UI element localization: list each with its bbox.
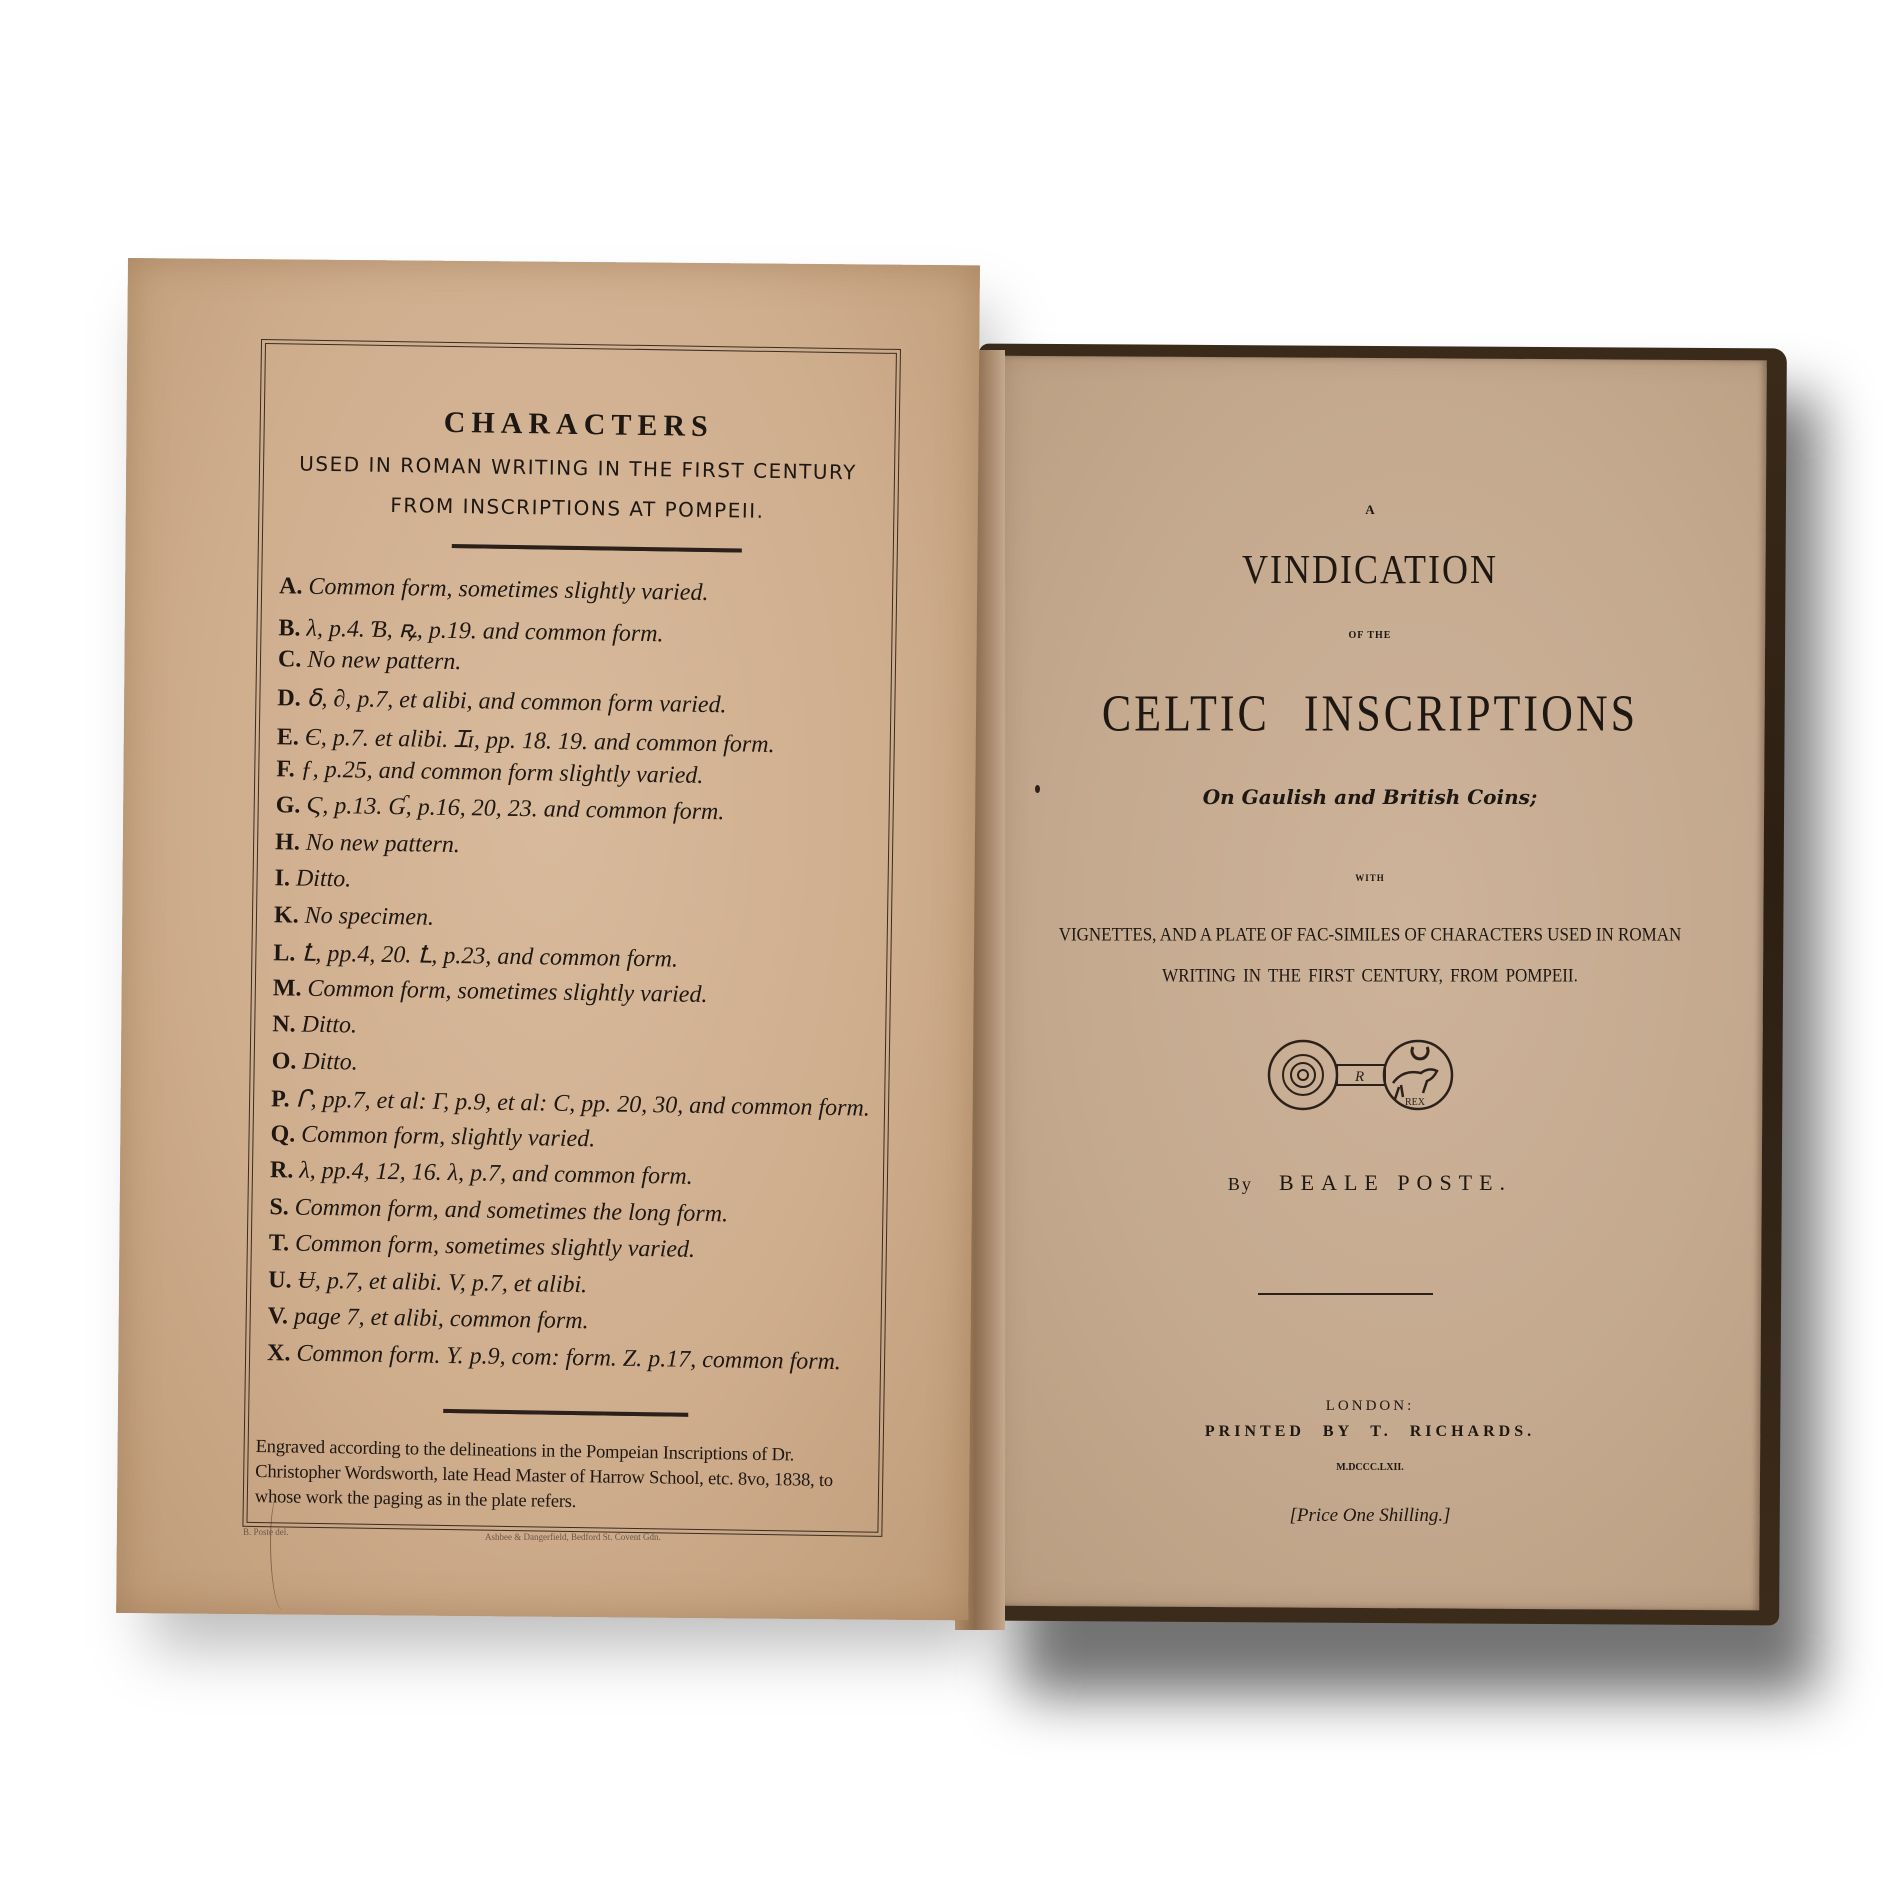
engraver-credit: B. Poste del. <box>243 1527 289 1537</box>
svg-text:REX: REX <box>1405 1097 1426 1108</box>
imprint-date: M.DCCC.LXII. <box>985 1462 1755 1473</box>
title-main: VINDICATION <box>985 545 1755 593</box>
subtitle-with: WITH <box>985 873 1755 883</box>
svg-text:R: R <box>1354 1069 1364 1085</box>
character-list: A.Common form, sometimes slightly varied… <box>267 573 880 1385</box>
subtitle-coins: On Gaulish and British Coins; <box>985 785 1755 809</box>
coin-vignette-icon: R REX <box>1263 1035 1463 1115</box>
author-name: BEALE POSTE. <box>1279 1170 1512 1195</box>
imprint-printer: PRINTED BY T. RICHARDS. <box>985 1423 1755 1441</box>
price-note: [Price One Shilling.] <box>985 1505 1755 1527</box>
title-sub: CELTIC INSCRIPTIONS <box>985 683 1755 743</box>
characters-plate: CHARACTERS USED IN ROMAN WRITING IN THE … <box>246 343 894 1531</box>
engraving-footnote: Engraved according to the delineations i… <box>255 1435 876 1520</box>
plate-title-rule <box>452 544 742 553</box>
plate-subtitle-2: FROM INSCRIPTIONS AT POMPEII. <box>262 491 892 525</box>
description-line-1: VIGNETTES, AND A PLATE OF FAC-SIMILES OF… <box>985 924 1755 946</box>
printer-credit: Ashbee & Dangerfield, Bedford St. Covent… <box>485 1532 661 1542</box>
description-line-2: WRITING IN THE FIRST CENTURY, FROM POMPE… <box>985 965 1755 987</box>
title-connector: OF THE <box>985 630 1755 641</box>
imprint-place: LONDON: <box>985 1398 1755 1415</box>
plate-subtitle-1: USED IN ROMAN WRITING IN THE FIRST CENTU… <box>263 451 893 485</box>
author-line: ByBEALE POSTE. <box>985 1170 1755 1196</box>
plate-footer-rule <box>443 1409 688 1417</box>
paper-speck <box>1035 785 1040 793</box>
title-page-rule <box>1258 1293 1433 1295</box>
title-article: A <box>985 502 1755 518</box>
plate-title: CHARACTERS <box>264 403 894 447</box>
